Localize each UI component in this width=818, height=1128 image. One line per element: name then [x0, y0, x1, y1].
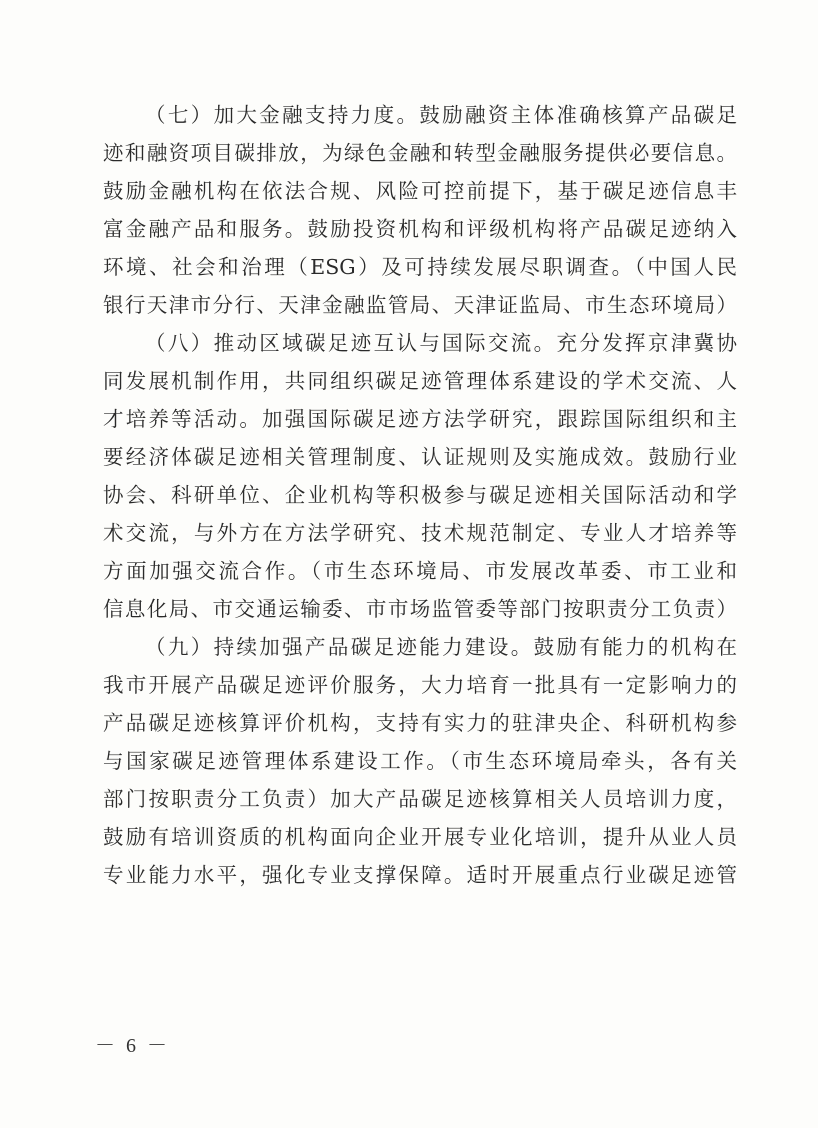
- text-line: 专业能力水平，强化专业支撑保障。适时开展重点行业碳足迹管: [103, 856, 737, 894]
- text-line: 迹和融资项目碳排放，为绿色金融和转型金融服务提供必要信息。: [103, 134, 737, 172]
- text-line: 协会、科研单位、企业机构等积极参与碳足迹相关国际活动和学: [103, 476, 737, 514]
- page-number: － 6 －: [95, 1029, 170, 1058]
- text-line: 与国家碳足迹管理体系建设工作。（市生态环境局牵头，各有关: [103, 742, 737, 780]
- text-line: 鼓励有培训资质的机构面向企业开展专业化培训，提升从业人员: [103, 818, 737, 856]
- paragraph-9: （九）持续加强产品碳足迹能力建设。鼓励有能力的机构在 我市开展产品碳足迹评价服务…: [103, 628, 737, 894]
- text-line: 要经济体碳足迹相关管理制度、认证规则及实施成效。鼓励行业: [103, 438, 737, 476]
- text-line: 银行天津市分行、天津金融监管局、天津证监局、市生态环境局）: [103, 286, 737, 324]
- text-line: 产品碳足迹核算评价机构，支持有实力的驻津央企、科研机构参: [103, 704, 737, 742]
- text-line: （九）持续加强产品碳足迹能力建设。鼓励有能力的机构在: [103, 628, 737, 666]
- paragraph-8: （八）推动区域碳足迹互认与国际交流。充分发挥京津冀协 同发展机制作用，共同组织碳…: [103, 324, 737, 628]
- text-line: （八）推动区域碳足迹互认与国际交流。充分发挥京津冀协: [103, 324, 737, 362]
- body-text: （七）加大金融支持力度。鼓励融资主体准确核算产品碳足 迹和融资项目碳排放，为绿色…: [103, 96, 737, 894]
- text-line: 部门按职责分工负责）加大产品碳足迹核算相关人员培训力度，: [103, 780, 737, 818]
- text-line: （七）加大金融支持力度。鼓励融资主体准确核算产品碳足: [103, 96, 737, 134]
- text-line: 方面加强交流合作。（市生态环境局、市发展改革委、市工业和: [103, 552, 737, 590]
- text-line: 鼓励金融机构在依法合规、风险可控前提下，基于碳足迹信息丰: [103, 172, 737, 210]
- text-line: 术交流，与外方在方法学研究、技术规范制定、专业人才培养等: [103, 514, 737, 552]
- text-line: 同发展机制作用，共同组织碳足迹管理体系建设的学术交流、人: [103, 362, 737, 400]
- text-line: 环境、社会和治理（ESG）及可持续发展尽职调查。（中国人民: [103, 248, 737, 286]
- text-line: 信息化局、市交通运输委、市市场监管委等部门按职责分工负责）: [103, 590, 737, 628]
- text-line: 富金融产品和服务。鼓励投资机构和评级机构将产品碳足迹纳入: [103, 210, 737, 248]
- document-page: （七）加大金融支持力度。鼓励融资主体准确核算产品碳足 迹和融资项目碳排放，为绿色…: [0, 0, 818, 1128]
- text-line: 才培养等活动。加强国际碳足迹方法学研究，跟踪国际组织和主: [103, 400, 737, 438]
- paragraph-7: （七）加大金融支持力度。鼓励融资主体准确核算产品碳足 迹和融资项目碳排放，为绿色…: [103, 96, 737, 324]
- text-line: 我市开展产品碳足迹评价服务，大力培育一批具有一定影响力的: [103, 666, 737, 704]
